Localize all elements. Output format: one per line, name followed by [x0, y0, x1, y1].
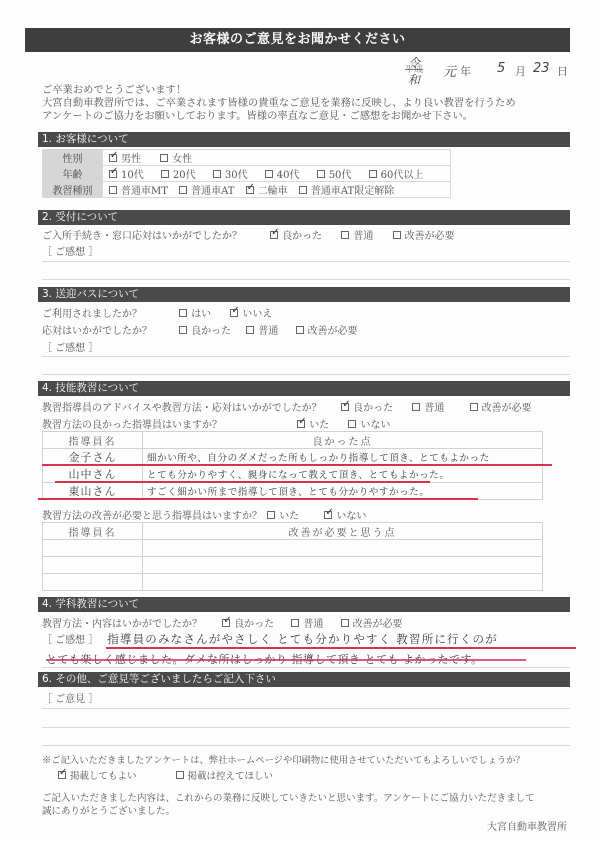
option-label: いない — [336, 511, 366, 522]
bus-comment-line[interactable] — [42, 374, 570, 375]
checkbox-checked-icon — [230, 309, 238, 317]
table-header-row: 指導員名 改善が必要と思う点 — [43, 523, 543, 540]
classroom-comment-label: ［ ご感想 ］ — [42, 631, 104, 646]
option-label: 30代 — [225, 170, 248, 181]
day-label: 日 — [557, 63, 568, 79]
checkbox-icon — [267, 511, 275, 519]
bus-comment-label: ［ ご感想 ］ — [42, 339, 98, 354]
year-label: 年 — [460, 63, 471, 79]
checkbox-checked-icon — [297, 420, 305, 428]
option-label: 50代 — [329, 170, 352, 181]
improve-instructor-table: 指導員名 改善が必要と思う点 — [42, 522, 543, 591]
good-instructor-yes-checkbox[interactable]: いた — [297, 416, 329, 431]
day-value[interactable]: 23 — [533, 61, 550, 76]
bus-use-no-checkbox[interactable]: いいえ — [230, 305, 272, 320]
good-point-cell[interactable]: すごく細かい所まで指導して頂き、とても分かりやすかった。 — [143, 483, 543, 500]
checkbox-icon — [176, 771, 184, 779]
table-row — [43, 574, 543, 591]
option-label: 改善が必要 — [353, 619, 403, 630]
option-label: 男性 — [121, 154, 141, 165]
gender-row: 性別 男性 女性 — [43, 150, 451, 166]
option-label: 改善が必要 — [482, 403, 532, 414]
option-label: 良かった — [234, 619, 274, 630]
reception-improve-checkbox[interactable]: 改善が必要 — [393, 227, 455, 242]
improve-instructor-no-checkbox[interactable]: いない — [324, 507, 366, 522]
table-row: 山中さん とても分かりやすく、親身になって教えて頂き、とてもよかった。 — [43, 466, 543, 483]
year-value[interactable]: 元 — [443, 61, 456, 80]
age-20s-checkbox[interactable]: 20代 — [161, 166, 196, 181]
consent-decline-checkbox[interactable]: 掲載は控えてほしい — [176, 768, 274, 782]
option-label: 普通車AT限定解除 — [311, 186, 394, 197]
checkbox-icon — [161, 170, 169, 178]
era-field: 平成 令和 — [405, 62, 423, 75]
highlight-underline — [55, 481, 430, 483]
classroom-normal-checkbox[interactable]: 普通 — [291, 615, 323, 630]
improve-point-cell[interactable] — [143, 557, 543, 574]
section-heading-shuttle-bus: 3. 送迎バスについて — [38, 287, 570, 302]
reception-question: ご入所手続き・窓口応対はいかがでしたか？ — [42, 227, 267, 242]
bus-good-checkbox[interactable]: 良かった — [179, 322, 231, 337]
option-label: 普通車MT — [121, 186, 168, 197]
reception-comment-line[interactable] — [42, 261, 570, 262]
classroom-comment-line — [42, 667, 570, 668]
improve-point-cell[interactable] — [143, 574, 543, 591]
bus-use-question: ご利用されましたか？ — [42, 305, 176, 320]
option-label: 女性 — [172, 154, 192, 165]
advice-good-checkbox[interactable]: 良かった — [341, 399, 393, 414]
checkbox-checked-icon — [341, 403, 349, 411]
good-instructor-table: 指導員名 良かった点 金子さん 細かい所や、自分のダメだった所もしっかり指導して… — [42, 431, 543, 500]
improve-instructor-yes-checkbox[interactable]: いた — [267, 507, 299, 522]
course-type-row: 教習種別 普通車MT 普通車AT 二輪車 普通車AT限定解除 — [43, 182, 451, 198]
reception-good-checkbox[interactable]: 良かった — [270, 227, 322, 242]
date-field: 平成 令和 元 年 5 月 23 日 — [405, 58, 575, 80]
table-row: 東山さん すごく細かい所まで指導して頂き、とても分かりやすかった。 — [43, 483, 543, 500]
highlight-underline — [42, 464, 552, 466]
checkbox-icon — [109, 186, 117, 194]
closing-text: ご記入いただきました内容は、これからの業務に反映していきたいと思います。アンケー… — [42, 792, 535, 818]
option-label: 良かった — [353, 403, 393, 414]
classroom-good-checkbox[interactable]: 良かった — [222, 615, 274, 630]
checkbox-icon — [317, 170, 325, 178]
table-header-row: 指導員名 良かった点 — [43, 432, 543, 449]
bus-comment-line[interactable] — [42, 356, 570, 357]
option-label: 普通 — [303, 619, 323, 630]
closing-line: 誠にありがとうございました。 — [42, 805, 535, 818]
course-at-release-checkbox[interactable]: 普通車AT限定解除 — [299, 182, 394, 197]
era-handwritten: 令和 — [408, 54, 423, 88]
course-mt-checkbox[interactable]: 普通車MT — [109, 182, 168, 197]
checkbox-checked-icon — [109, 170, 117, 178]
age-40s-checkbox[interactable]: 40代 — [265, 166, 300, 181]
checkbox-icon — [213, 170, 221, 178]
option-label: いた — [279, 511, 299, 522]
course-motorcycle-checkbox[interactable]: 二輪車 — [246, 182, 288, 197]
bus-improve-checkbox[interactable]: 改善が必要 — [296, 322, 358, 337]
age-10s-checkbox[interactable]: 10代 — [109, 166, 144, 181]
checkbox-icon — [341, 231, 349, 239]
checkbox-icon — [246, 326, 254, 334]
bus-use-row: ご利用されましたか？ はい いいえ — [42, 305, 288, 320]
option-label: 60代以上 — [381, 170, 424, 181]
instructor-advice-question: 教習指導員のアドバイスや教習方法・応対はいかがでしたか？ — [42, 399, 338, 414]
checkbox-checked-icon — [109, 154, 117, 162]
course-type-label: 教習種別 — [43, 182, 103, 198]
checkbox-icon — [393, 231, 401, 239]
classroom-question-row: 教習方法・内容はいかがでしたか？ 良かった 普通 改善が必要 — [42, 615, 419, 630]
option-label: いない — [360, 420, 390, 431]
other-comment-label: ［ ご意見 ］ — [42, 690, 98, 705]
good-instructor-row: 教習方法の良かった指導員はいますか？ いた いない — [42, 416, 406, 431]
checkbox-checked-icon — [246, 186, 254, 194]
improve-instructor-question: 教習方法の改善が必要と思う指導員はいますか？ — [42, 507, 264, 522]
section-heading-other-feedback: 6. その他、ご意見等ございましたらご記入下さい — [38, 672, 570, 687]
classroom-improve-checkbox[interactable]: 改善が必要 — [341, 615, 403, 630]
table-row — [43, 540, 543, 557]
checkbox-icon — [179, 186, 187, 194]
checkbox-icon — [296, 326, 304, 334]
option-label: 改善が必要 — [308, 326, 358, 337]
checkbox-icon — [470, 403, 478, 411]
other-comment-line[interactable] — [42, 708, 570, 709]
instructor-name-cell[interactable] — [43, 540, 143, 557]
age-row: 年齢 10代 20代 30代 40代 50代 60代以上 — [43, 166, 451, 182]
column-header-instructor: 指導員名 — [43, 432, 143, 449]
option-label: 普通 — [424, 403, 444, 414]
customer-info-table: 性別 男性 女性 年齢 10代 20代 30代 40代 50代 60代以上 教習… — [42, 149, 451, 198]
instructor-name-cell[interactable]: 東山さん — [43, 483, 143, 500]
gender-female-checkbox[interactable]: 女性 — [160, 150, 192, 165]
checkbox-checked-icon — [270, 231, 278, 239]
highlight-underline — [38, 498, 478, 500]
option-label: 普通 — [258, 326, 278, 337]
instructor-name-cell[interactable] — [43, 574, 143, 591]
option-label: 普通車AT — [191, 186, 234, 197]
checkbox-icon — [299, 186, 307, 194]
good-point-cell[interactable]: 細かい所や、自分のダメだった所もしっかり指導して頂き、とてもよかった — [143, 449, 543, 466]
option-label: 良かった — [191, 326, 231, 337]
intro-line: ご卒業おめでとうございます！ — [42, 84, 516, 97]
highlight-underline — [106, 647, 576, 649]
instructor-name-cell[interactable]: 山中さん — [43, 466, 143, 483]
option-label: いいえ — [242, 309, 272, 320]
reception-normal-checkbox[interactable]: 普通 — [341, 227, 373, 242]
bus-use-yes-checkbox[interactable]: はい — [179, 305, 211, 320]
reception-comment-line[interactable] — [42, 279, 570, 280]
other-comment-line[interactable] — [42, 745, 570, 746]
checkbox-checked-icon — [222, 619, 230, 627]
month-value[interactable]: 5 — [497, 61, 505, 76]
column-header-instructor: 指導員名 — [43, 523, 143, 540]
highlight-strikethrough — [46, 659, 526, 661]
option-label: 普通 — [353, 231, 373, 242]
gender-label: 性別 — [43, 150, 103, 166]
checkbox-icon — [179, 326, 187, 334]
column-header-improve-points: 改善が必要と思う点 — [143, 523, 543, 540]
intro-line: アンケートのご協力をお願いしております。皆様の率直なご意見・ご感想をお聞かせ下さ… — [42, 110, 516, 123]
checkbox-icon — [348, 420, 356, 428]
option-label: いた — [309, 420, 329, 431]
section-heading-reception: 2. 受付について — [38, 210, 570, 225]
classroom-question: 教習方法・内容はいかがでしたか？ — [42, 615, 219, 630]
option-label: 掲載は控えてほしい — [188, 771, 274, 782]
checkbox-checked-icon — [324, 511, 332, 519]
checkbox-icon — [412, 403, 420, 411]
publication-consent-question: ※ご記入いただきましたアンケートは、弊社ホームページや印刷物に使用させていただい… — [42, 754, 525, 767]
advice-improve-checkbox[interactable]: 改善が必要 — [470, 399, 532, 414]
option-label: 10代 — [121, 170, 144, 181]
age-30s-checkbox[interactable]: 30代 — [213, 166, 248, 181]
option-label: 40代 — [277, 170, 300, 181]
checkbox-icon — [179, 309, 187, 317]
closing-line: ご記入いただきました内容は、これからの業務に反映していきたいと思います。アンケー… — [42, 792, 535, 805]
other-comment-line[interactable] — [42, 727, 570, 728]
good-instructor-question: 教習方法の良かった指導員はいますか？ — [42, 416, 294, 431]
page-title: お客様のご意見をお聞かせください — [25, 28, 570, 52]
checkbox-checked-icon — [58, 771, 66, 779]
intro-line: 大宮自動車教習所では、ご卒業されます皆様の貴重なご意見を業務に反映し、より良い教… — [42, 97, 516, 110]
option-label: 改善が必要 — [405, 231, 455, 242]
option-label: 二輪車 — [258, 186, 288, 197]
course-at-checkbox[interactable]: 普通車AT — [179, 182, 234, 197]
section-heading-skill-training: 4. 技能教習について — [38, 381, 570, 396]
good-instructor-no-checkbox[interactable]: いない — [348, 416, 390, 431]
intro-text: ご卒業おめでとうございます！ 大宮自動車教習所では、ご卒業されます皆様の貴重なご… — [42, 84, 516, 123]
section-heading-customer: 1. お客様について — [38, 132, 570, 147]
gender-male-checkbox[interactable]: 男性 — [109, 150, 141, 165]
bus-normal-checkbox[interactable]: 普通 — [246, 322, 278, 337]
option-label: 良かった — [282, 231, 322, 242]
instructor-name-cell[interactable]: 金子さん — [43, 449, 143, 466]
checkbox-icon — [160, 154, 168, 162]
checkbox-icon — [265, 170, 273, 178]
bus-service-question: 応対はいかがでしたか？ — [42, 322, 176, 337]
table-row: 金子さん 細かい所や、自分のダメだった所もしっかり指導して頂き、とてもよかった — [43, 449, 543, 466]
reception-comment-label: ［ ご感想 ］ — [42, 243, 98, 258]
table-row — [43, 557, 543, 574]
reception-question-row: ご入所手続き・窓口応対はいかがでしたか？ 良かった 普通 改善が必要 — [42, 227, 471, 242]
age-60s-plus-checkbox[interactable]: 60代以上 — [369, 166, 424, 181]
checkbox-icon — [369, 170, 377, 178]
checkbox-icon — [341, 619, 349, 627]
month-label: 月 — [515, 63, 526, 79]
advice-normal-checkbox[interactable]: 普通 — [412, 399, 444, 414]
improve-point-cell[interactable] — [143, 540, 543, 557]
option-label: はい — [191, 309, 211, 320]
option-label: 20代 — [173, 170, 196, 181]
consent-allow-checkbox[interactable]: 掲載してもよい — [58, 768, 137, 782]
age-label: 年齢 — [43, 166, 103, 182]
improve-instructor-row: 教習方法の改善が必要と思う指導員はいますか？ いた いない — [42, 507, 382, 522]
age-50s-checkbox[interactable]: 50代 — [317, 166, 352, 181]
checkbox-icon — [291, 619, 299, 627]
bus-service-row: 応対はいかがでしたか？ 良かった 普通 改善が必要 — [42, 322, 374, 337]
option-label: 掲載してもよい — [70, 771, 137, 782]
classroom-comment-row: ［ ご感想 ］ 指導員のみなさんがやさしく とても分かりやすく 教習所に行くのが — [42, 631, 498, 647]
publication-consent-row: 掲載してもよい 掲載は控えてほしい — [58, 768, 289, 782]
column-header-good-points: 良かった点 — [143, 432, 543, 449]
classroom-comment-line1[interactable]: 指導員のみなさんがやさしく とても分かりやすく 教習所に行くのが — [107, 632, 498, 646]
school-name: 大宮自動車教習所 — [487, 818, 567, 833]
instructor-advice-row: 教習指導員のアドバイスや教習方法・応対はいかがでしたか？ 良かった 普通 改善が… — [42, 399, 548, 414]
instructor-name-cell[interactable] — [43, 557, 143, 574]
section-heading-classroom: 4. 学科教習について — [38, 597, 570, 612]
good-point-cell[interactable]: とても分かりやすく、親身になって教えて頂き、とてもよかった。 — [143, 466, 543, 483]
